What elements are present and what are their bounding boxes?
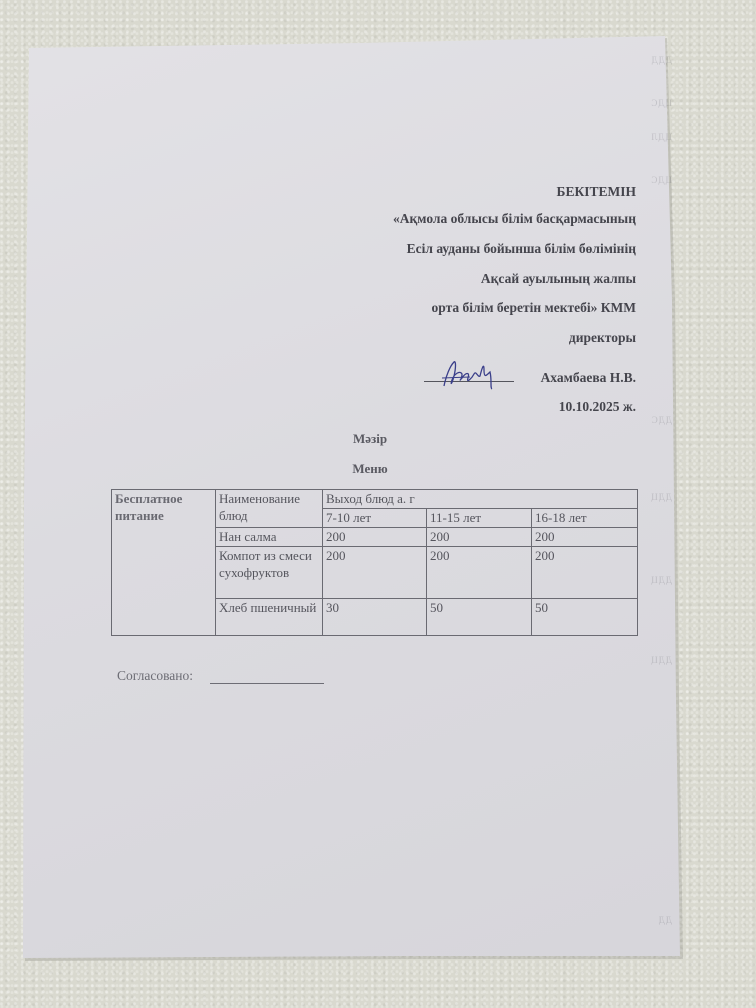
bleed-through-mark: ДДЦ bbox=[640, 575, 672, 585]
approval-line-5: директоры bbox=[569, 330, 636, 346]
signer-name: Ахамбаева Н.В. bbox=[541, 370, 636, 386]
agreed-label: Согласовано: bbox=[117, 668, 193, 684]
signature-mark bbox=[440, 358, 500, 390]
age-group-cell: 11-15 лет bbox=[427, 509, 532, 528]
age-group-cell: 7-10 лет bbox=[323, 509, 427, 528]
bleed-through-mark: ДД bbox=[640, 915, 672, 925]
title-kazakh: Мәзір bbox=[300, 431, 440, 447]
approval-line-4: орта білім беретін мектебі» КММ bbox=[432, 300, 636, 316]
portion-cell: 30 bbox=[323, 599, 427, 636]
agreed-signature-line bbox=[210, 683, 324, 684]
bleed-through-mark: ЦДС bbox=[640, 175, 672, 185]
bleed-through-mark: ДДД bbox=[640, 55, 672, 65]
title-russian: Меню bbox=[300, 461, 440, 477]
portion-cell: 200 bbox=[323, 547, 427, 599]
yield-header-cell: Выход блюд а. г bbox=[323, 490, 638, 509]
bleed-through-mark: ЦДЛ bbox=[640, 132, 672, 142]
table-header-row: Бесплатное питание Наименование блюд Вых… bbox=[112, 490, 638, 509]
portion-cell: 50 bbox=[532, 599, 638, 636]
dish-name-cell: Хлеб пшеничный bbox=[216, 599, 323, 636]
portion-cell: 50 bbox=[427, 599, 532, 636]
portion-cell: 200 bbox=[427, 528, 532, 547]
dish-name-cell: Нан салма bbox=[216, 528, 323, 547]
age-group-cell: 16-18 лет bbox=[532, 509, 638, 528]
portion-cell: 200 bbox=[427, 547, 532, 599]
portion-cell: 200 bbox=[532, 528, 638, 547]
dish-header-cell: Наименование блюд bbox=[216, 490, 323, 528]
approval-date: 10.10.2025 ж. bbox=[559, 399, 636, 415]
bleed-through-mark: ДДЦ bbox=[640, 655, 672, 665]
bleed-through-mark: ДДС bbox=[640, 415, 672, 425]
menu-table: Бесплатное питание Наименование блюд Вых… bbox=[111, 489, 638, 636]
category-cell: Бесплатное питание bbox=[112, 490, 216, 636]
approval-title: БЕКІТЕМІН bbox=[557, 184, 636, 200]
approval-line-1: «Ақмола облысы білім басқармасының bbox=[393, 211, 636, 227]
dish-name-cell: Компот из смеси сухофруктов bbox=[216, 547, 323, 599]
portion-cell: 200 bbox=[323, 528, 427, 547]
approval-line-3: Ақсай ауылының жалпы bbox=[481, 271, 636, 287]
portion-cell: 200 bbox=[532, 547, 638, 599]
bleed-through-mark: ЦДС bbox=[640, 98, 672, 108]
bleed-through-mark: ДДЦ bbox=[640, 492, 672, 502]
approval-line-2: Есіл ауданы бойынша білім бөлімінің bbox=[407, 241, 636, 257]
